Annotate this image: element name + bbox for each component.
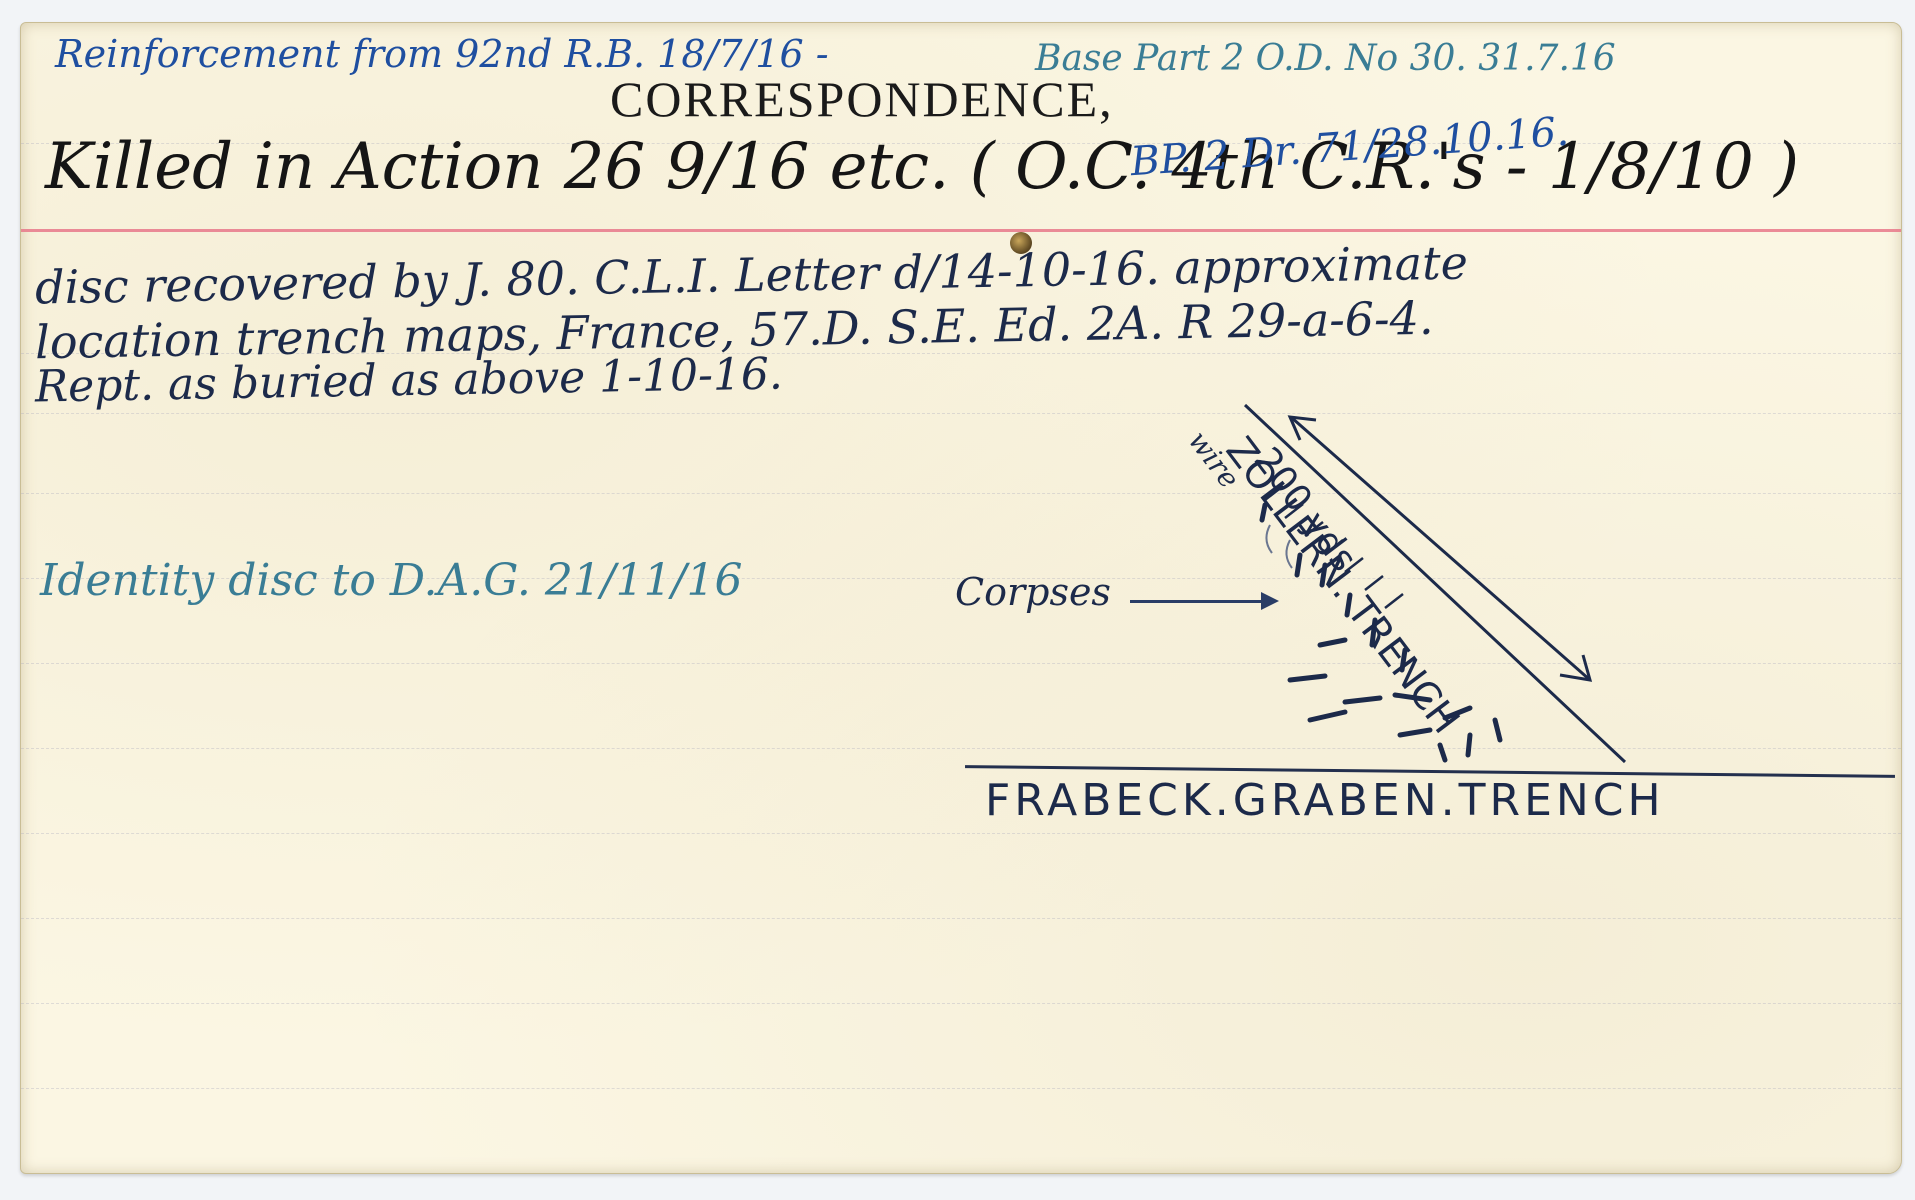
ruled-line: [21, 413, 1901, 414]
corpses-label: Corpses: [955, 570, 1111, 614]
reinforcement-note: Reinforcement from 92nd R.B. 18/7/16 -: [55, 32, 829, 76]
ruled-line: [21, 833, 1901, 834]
frabeck-graben-trench-label: FRABECK.GRABEN.TRENCH: [985, 775, 1665, 826]
base-part2-note: Base Part 2 O.D. No 30. 31.7.16: [1035, 38, 1616, 79]
ruled-line: [21, 663, 1901, 664]
ruled-line: [21, 748, 1901, 749]
ruled-line: [21, 1003, 1901, 1004]
corpses-arrow-icon: [1130, 600, 1275, 603]
identity-disc-note: Identity disc to D.A.G. 21/11/16: [40, 555, 742, 606]
ruled-line: [21, 918, 1901, 919]
ruled-line: [21, 493, 1901, 494]
red-header-rule: [21, 229, 1901, 232]
ruled-line: [21, 1088, 1901, 1089]
